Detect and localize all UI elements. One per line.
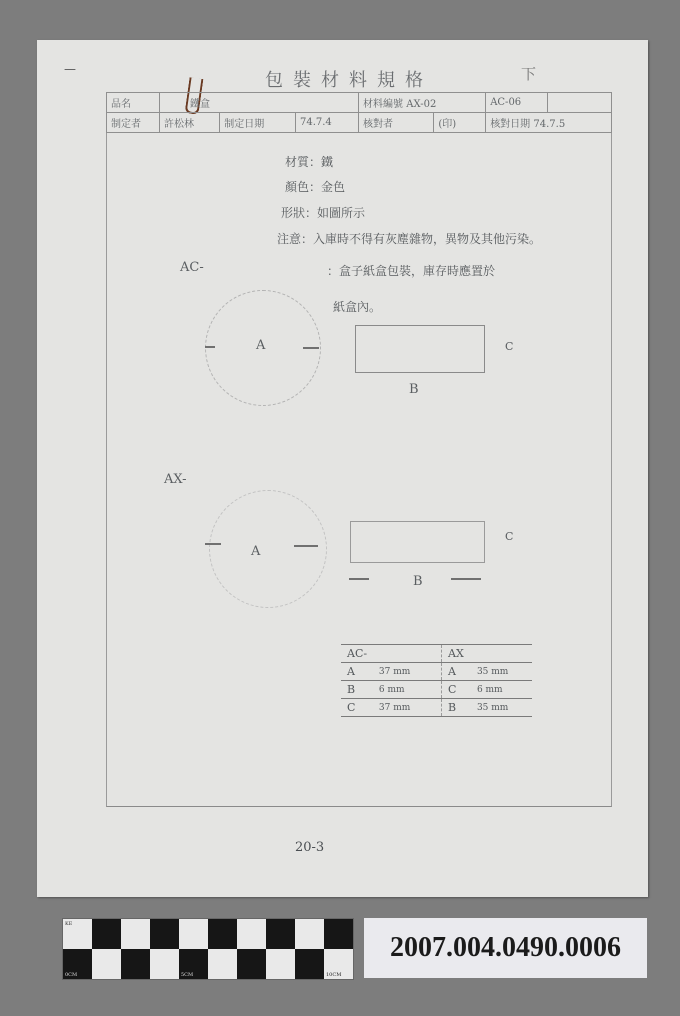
diagram-ax-circle-label: A xyxy=(251,544,260,559)
author-label: 制定者 xyxy=(107,113,160,133)
ac-dim: C xyxy=(341,699,373,717)
scale-square xyxy=(121,919,150,949)
scale-square xyxy=(208,919,237,949)
reviewer-value: (印) xyxy=(434,113,486,133)
diagram-tick xyxy=(205,346,215,348)
spec-color: 顏色：金色 xyxy=(285,178,345,195)
diagram-ac-height-label: C xyxy=(505,340,513,353)
ax-val: 35 mm xyxy=(471,663,532,681)
dimensions-header-ax: AX xyxy=(442,645,533,663)
ac-val: 37 mm xyxy=(373,663,442,681)
scale-square xyxy=(121,949,150,979)
spec-note-end: 紙盒內。 xyxy=(333,298,381,315)
scale-side-label: KE xyxy=(65,921,72,927)
scale-square: 5CM xyxy=(179,949,208,979)
spec-shape: 形狀：如圖所示 xyxy=(281,204,365,221)
accession-number-label: 2007.004.0490.0006 xyxy=(364,918,647,978)
dimensions-row: A 37 mm A 35 mm xyxy=(341,663,532,681)
ac-val: 37 mm xyxy=(373,699,442,717)
corner-mark: — xyxy=(64,62,76,76)
dimensions-row: C 37 mm B 35 mm xyxy=(341,699,532,717)
scale-square xyxy=(237,949,266,979)
diagram-tick xyxy=(303,347,319,349)
date-value: 74.7.4 xyxy=(295,113,358,133)
scale-label-0: 0CM xyxy=(65,972,77,978)
scale-label-10: 10CM xyxy=(326,972,341,978)
scale-label-5: 5CM xyxy=(181,972,193,978)
scale-square xyxy=(295,949,324,979)
diagram-ax-rect xyxy=(350,521,485,563)
material-no-label: 材料編號 xyxy=(363,99,403,110)
document-sheet: — 包裝材料規格 下 品名 鐵盒 材料編號 AX-02 AC-06 制定者 許松… xyxy=(37,40,648,897)
scale-square xyxy=(237,919,266,949)
scale-square xyxy=(324,919,353,949)
review-date-cell: 核對日期 74.7.5 xyxy=(486,113,612,133)
scale-square xyxy=(150,919,179,949)
dimensions-table: AC- AX A 37 mm A 35 mm B 6 mm C 6 mm C 3… xyxy=(341,644,532,717)
document-title: 包裝材料規格 xyxy=(265,66,433,92)
review-date-value: 74.7.5 xyxy=(533,119,565,130)
spec-material: 材質：鐵 xyxy=(285,153,333,170)
diagram-ax-height-label: C xyxy=(505,530,513,543)
diagram-tick xyxy=(205,543,221,545)
ax-dim: A xyxy=(442,663,471,681)
alt-no-value: AC-06 xyxy=(486,93,548,113)
reviewer-label: 核對者 xyxy=(359,113,434,133)
diagram-ax-label: AX- xyxy=(164,472,187,487)
scale-square xyxy=(295,919,324,949)
header-table: 品名 鐵盒 材料編號 AX-02 AC-06 制定者 許松林 制定日期 74.7… xyxy=(106,92,612,133)
scale-square xyxy=(266,949,295,979)
scale-square xyxy=(266,919,295,949)
color-scale-bar: KE 0CM 5CM 10CM xyxy=(62,918,354,980)
ax-val: 6 mm xyxy=(471,681,532,699)
ac-dim: A xyxy=(341,663,373,681)
scale-square: 0CM xyxy=(63,949,92,979)
ac-dim: B xyxy=(341,681,373,699)
diagram-ac-rect xyxy=(355,325,485,373)
ax-dim: B xyxy=(442,699,471,717)
scale-square xyxy=(92,949,121,979)
scale-square xyxy=(150,949,179,979)
title-mark: 下 xyxy=(521,63,536,84)
dimensions-header-row: AC- AX xyxy=(341,645,532,663)
ac-val: 6 mm xyxy=(373,681,442,699)
scale-square xyxy=(92,919,121,949)
date-label: 制定日期 xyxy=(220,113,296,133)
page-number: 20-3 xyxy=(295,840,324,855)
ax-dim: C xyxy=(442,681,471,699)
dimensions-row: B 6 mm C 6 mm xyxy=(341,681,532,699)
diagram-ax-circle xyxy=(209,490,327,608)
spec-note-cont: ：盒子紙盒包裝，庫存時應置於 xyxy=(327,262,495,279)
diagram-tick xyxy=(451,578,481,580)
diagram-ac-circle-label: A xyxy=(256,338,265,353)
author-value: 許松林 xyxy=(160,113,220,133)
empty-cell xyxy=(548,93,612,113)
spec-note: 注意：入庫時不得有灰塵雜物，異物及其他污染。 xyxy=(277,230,541,247)
material-no-cell: 材料編號 AX-02 xyxy=(359,93,486,113)
header-row: 品名 鐵盒 材料編號 AX-02 AC-06 xyxy=(107,93,612,113)
diagram-ac-label: AC- xyxy=(180,260,204,275)
diagram-tick xyxy=(349,578,369,580)
material-no-value: AX-02 xyxy=(406,99,436,110)
scale-square xyxy=(179,919,208,949)
dimensions-header-ac: AC- xyxy=(341,645,442,663)
review-date-label: 核對日期 xyxy=(490,119,530,130)
product-name-value: 鐵盒 xyxy=(160,93,359,113)
diagram-ax-length-label: B xyxy=(413,574,423,589)
diagram-tick xyxy=(294,545,318,547)
product-name-label: 品名 xyxy=(107,93,160,113)
header-row: 制定者 許松林 制定日期 74.7.4 核對者 (印) 核對日期 74.7.5 xyxy=(107,113,612,133)
scale-square: KE xyxy=(63,919,92,949)
scale-square xyxy=(208,949,237,979)
diagram-ac-length-label: B xyxy=(409,382,419,397)
scale-square: 10CM xyxy=(324,949,353,979)
ax-val: 35 mm xyxy=(471,699,532,717)
